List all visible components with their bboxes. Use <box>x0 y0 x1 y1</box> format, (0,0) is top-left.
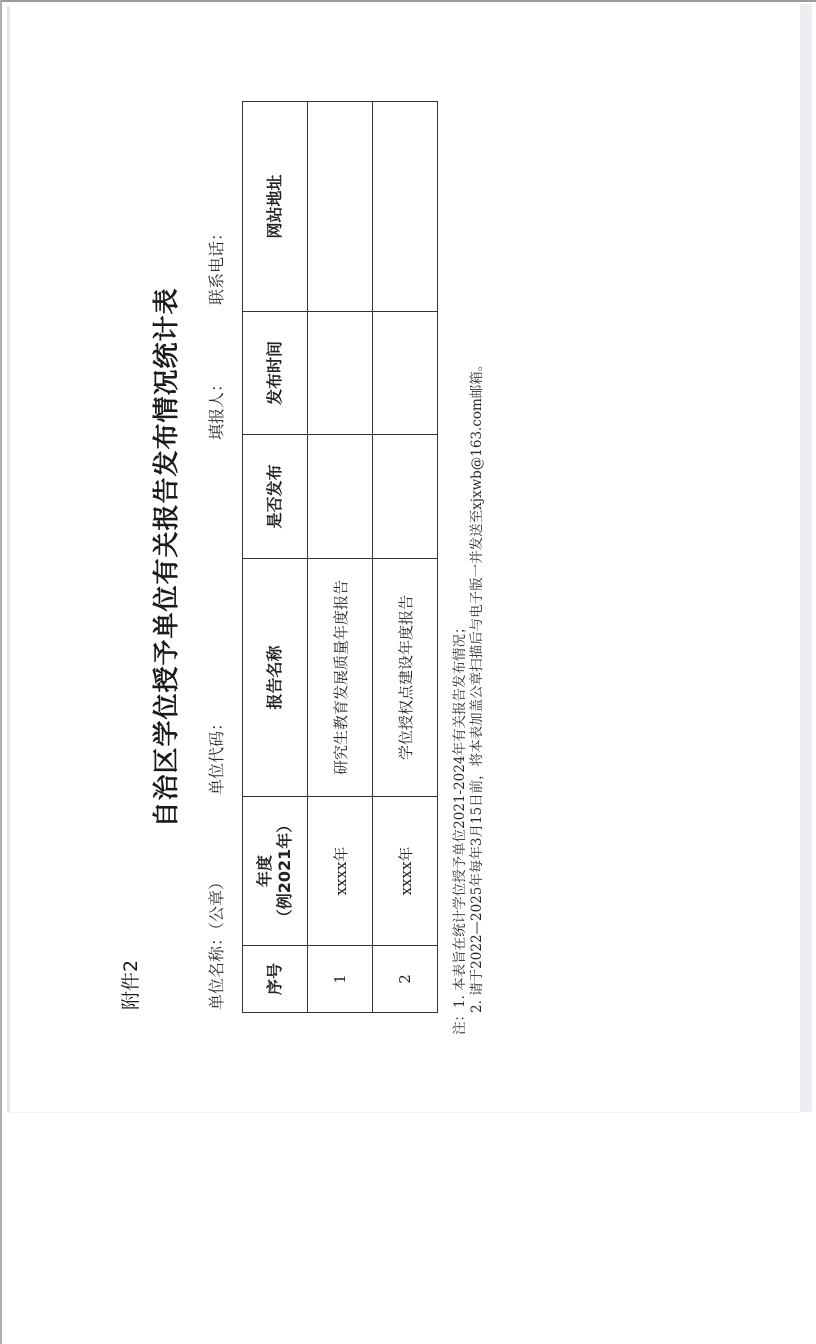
report-statistics-table: 序号 年度 （例2021年） 报告名称 是否发布 发布时间 网站地址 1 xxx… <box>242 101 438 1013</box>
header-report-name: 报告名称 <box>243 559 308 797</box>
cell-year: xxxx年 <box>308 797 373 946</box>
footnote-text-1: 1. 本表旨在统计学位授予单位2021-2024年有关报告发布情况； <box>452 621 468 1008</box>
scan-page-edge-bottom <box>10 1112 800 1113</box>
unit-name-label: 单位名称：（公章） <box>204 874 227 1010</box>
rotated-document-page: 附件2 自治区学位授予单位有关报告发布情况统计表 单位名称：（公章） 单位代码：… <box>0 0 800 1100</box>
footnote-prefix: 注： <box>452 1008 468 1035</box>
cell-publish-time <box>373 312 438 435</box>
header-year-label: 年度 <box>255 855 274 887</box>
document-title: 自治区学位授予单位有关报告发布情况统计表 <box>146 102 183 1013</box>
filled-by-label: 填报人： <box>204 376 227 440</box>
header-website: 网站地址 <box>243 102 308 312</box>
table-row: 2 xxxx年 学位授权点建设年度报告 <box>373 102 438 1013</box>
cell-website <box>308 102 373 312</box>
cell-report-name: 研究生教育发展质量年度报告 <box>308 559 373 797</box>
header-published: 是否发布 <box>243 435 308 559</box>
table-header-row: 序号 年度 （例2021年） 报告名称 是否发布 发布时间 网站地址 <box>243 102 308 1013</box>
cell-website <box>373 102 438 312</box>
cell-published <box>308 435 373 559</box>
cell-publish-time <box>308 312 373 435</box>
header-publish-time: 发布时间 <box>243 312 308 435</box>
contact-phone-label: 联系电话： <box>204 225 227 305</box>
cell-year: xxxx年 <box>373 797 438 946</box>
unit-code-label: 单位代码： <box>204 715 227 795</box>
footnote-line-1: 注：1. 本表旨在统计学位授予单位2021-2024年有关报告发布情况； <box>452 358 469 1035</box>
footnote-line-2: 2. 请于2022—2025年每年3月15日前，将本表加盖公章扫描后与电子版一并… <box>469 358 486 1035</box>
attachment-label: 附件2 <box>116 960 143 1010</box>
cell-index: 1 <box>308 946 373 1013</box>
header-year: 年度 （例2021年） <box>243 797 308 946</box>
footnotes: 注：1. 本表旨在统计学位授予单位2021-2024年有关报告发布情况； 2. … <box>452 358 486 1035</box>
table-row: 1 xxxx年 研究生教育发展质量年度报告 <box>308 102 373 1013</box>
header-index: 序号 <box>243 946 308 1013</box>
header-year-example: （例2021年） <box>275 817 294 926</box>
cell-report-name: 学位授权点建设年度报告 <box>373 559 438 797</box>
cell-index: 2 <box>373 946 438 1013</box>
scan-page-edge-right <box>800 4 812 1112</box>
cell-published <box>373 435 438 559</box>
